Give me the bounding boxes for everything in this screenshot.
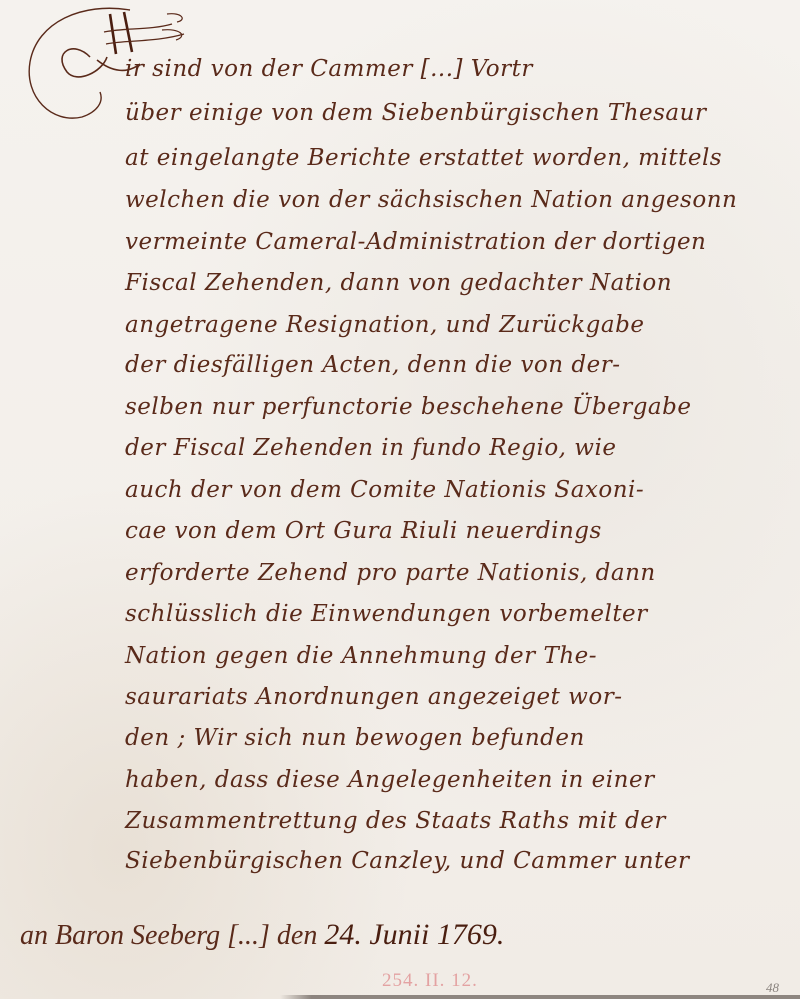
text-line-6: Fiscal Zehenden, dann von gedachter Nati… — [125, 270, 672, 296]
text-line-10: der Fiscal Zehenden in fundo Regio, wie — [125, 435, 616, 461]
letter-date: 24. Junii 1769. — [324, 918, 504, 951]
manuscript-page: ir sind von der Cammer [...] Vortr über … — [0, 0, 800, 999]
text-line-1: ir sind von der Cammer [...] Vortr — [125, 56, 533, 82]
text-line-20: Siebenbürgischen Canzley, und Cammer unt… — [125, 848, 689, 874]
text-line-2: über einige von dem Siebenbürgischen The… — [125, 100, 706, 126]
text-line-15: Nation gegen die Annehmung der The- — [125, 643, 597, 669]
text-line-14: schlüsslich die Einwendungen vorbemelter — [125, 601, 648, 627]
text-line-16: saurariats Anordnungen angezeiget wor- — [125, 684, 622, 710]
closing-line: an Baron Seeberg [...] den 24. Junii 176… — [20, 918, 504, 952]
text-line-12: cae von dem Ort Gura Riuli neuerdings — [125, 518, 602, 544]
addressee: an Baron Seeberg [...] — [20, 920, 270, 951]
text-line-17: den ; Wir sich nun bewogen befunden — [125, 725, 585, 751]
text-line-8: der diesfälligen Acten, denn die von der… — [125, 352, 621, 378]
text-line-19: Zusammentrettung des Staats Raths mit de… — [125, 808, 666, 834]
archive-stamp: 254. II. 12. — [382, 970, 478, 992]
text-line-3: at eingelangte Berichte erstattet worden… — [125, 145, 722, 171]
text-line-7: angetragene Resignation, und Zurückgabe — [125, 312, 644, 338]
date-prefix: den — [277, 920, 317, 951]
text-line-5: vermeinte Cameral-Administration der dor… — [125, 229, 706, 255]
text-line-13: erforderte Zehend pro parte Nationis, da… — [125, 560, 656, 586]
page-bottom-edge — [280, 995, 800, 999]
text-line-18: haben, dass diese Angelegenheiten in ein… — [125, 767, 655, 793]
text-line-9: selben nur perfunctorie beschehene Überg… — [125, 394, 691, 420]
folio-number: 48 — [766, 980, 779, 996]
text-line-11: auch der von dem Comite Nationis Saxoni- — [125, 477, 644, 503]
text-line-4: welchen die von der sächsischen Nation a… — [125, 187, 737, 213]
